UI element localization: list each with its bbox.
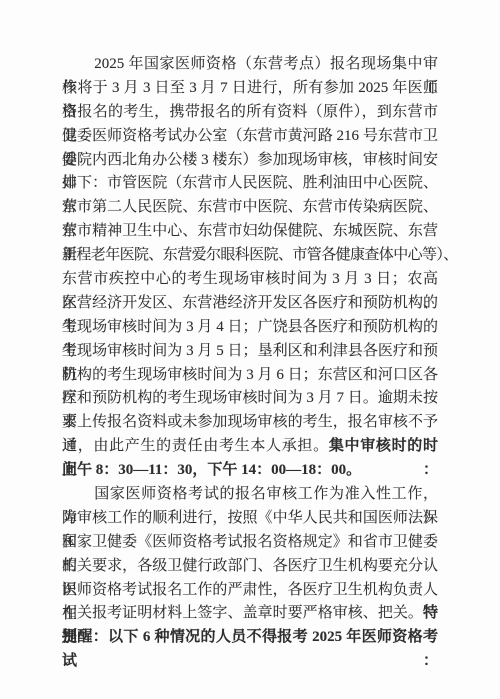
document-body: 2025 年国家医师资格（东营考点）报名现场集中审核工作将于 3 月 3 日至 … <box>62 53 438 650</box>
doc-line: 格报名的考生，携带报名的所有资料（原件），到东营市卫 <box>62 101 438 125</box>
doc-line: 营市第二人民医院、东营市中医院、东营市传染病医院、东 <box>62 196 438 220</box>
doc-line: 求上传报名资料或未参加现场审核的考生，报名审核不予通 <box>62 411 438 435</box>
text-run-bold: 提醒：以下 6 种情况的人员不得报考 2025 年医师资格考试： <box>62 629 438 669</box>
doc-line: 障审核工作的顺利进行，按照《中华人民共和国医师法》和 <box>62 507 438 531</box>
doc-line: 如下：市管医院（东营市人民医院、胜利油田中心医院、东 <box>62 172 438 196</box>
doc-line: 机构的考生现场审核时间为 3 月 6 日；东营区和河口区各医 <box>62 364 438 388</box>
doc-line: 国家卫健委《医师资格考试报名资格规定》和省市卫健委的 <box>62 531 438 555</box>
doc-line: 作将于 3 月 3 日至 3 月 7 日进行，所有参加 2025 年医师资 <box>62 77 438 101</box>
doc-line: 生现场审核时间为 3 月 4 日；广饶县各医疗和预防机构的考 <box>62 316 438 340</box>
doc-line: 相关报考证明材料上签字、盖章时要严格审核、把关。特别 <box>62 602 438 626</box>
text-run: 相关报考证明材料上签字、盖章时要严格审核、把关。 <box>62 605 423 621</box>
doc-line: 生现场审核时间为 3 月 5 日；垦利区和利津县各医疗和预防 <box>62 340 438 364</box>
doc-line: 东营经济开发区、东营港经济开发区各医疗和预防机构的考 <box>62 292 438 316</box>
doc-line: 过，由此产生的责任由考生本人承担。集中审核时的时间： <box>62 435 438 459</box>
document-page: 2025 年国家医师资格（东营考点）报名现场集中审核工作将于 3 月 3 日至 … <box>0 0 500 699</box>
doc-line: 医师资格考试报名工作的严肃性，各医疗卫生机构负责人在 <box>62 579 438 603</box>
doc-line: 国家医师资格考试的报名审核工作为准入性工作，为保 <box>62 483 438 507</box>
text-run: 过，由此产生的责任由考生本人承担。 <box>62 438 329 454</box>
doc-line: 健委医师资格考试办公室（东营市黄河路 216 号东营市卫健 <box>62 125 438 149</box>
doc-line: 相关要求，各级卫健行政部门、各医疗卫生机构要充分认识 <box>62 555 438 579</box>
doc-line: 委院内西北角办公楼 3 楼东）参加现场审核，审核时间安排 <box>62 149 438 173</box>
doc-line: 疗和预防机构的考生现场审核时间为 3 月 7 日。逾期未按要 <box>62 387 438 411</box>
text-run-bold: 上午 8：30—11：30，下午 14：00—18：00。 <box>62 462 361 478</box>
text-run: 里程老年医院、东营爱尔眼科医院、市管各健康查体中心等）、 <box>62 247 458 263</box>
doc-line: 提醒：以下 6 种情况的人员不得报考 2025 年医师资格考试： <box>62 626 438 650</box>
doc-line: 营市精神卫生中心、东营市妇幼保健院、东城医院、东营新 <box>62 220 438 244</box>
doc-line: 东营市疾控中心的考生现场审核时间为 3 月 3 日；农高区、 <box>62 268 438 292</box>
doc-line: 2025 年国家医师资格（东营考点）报名现场集中审核工 <box>62 53 438 77</box>
doc-line: 里程老年医院、东营爱尔眼科医院、市管各健康查体中心等）、 <box>62 244 438 268</box>
